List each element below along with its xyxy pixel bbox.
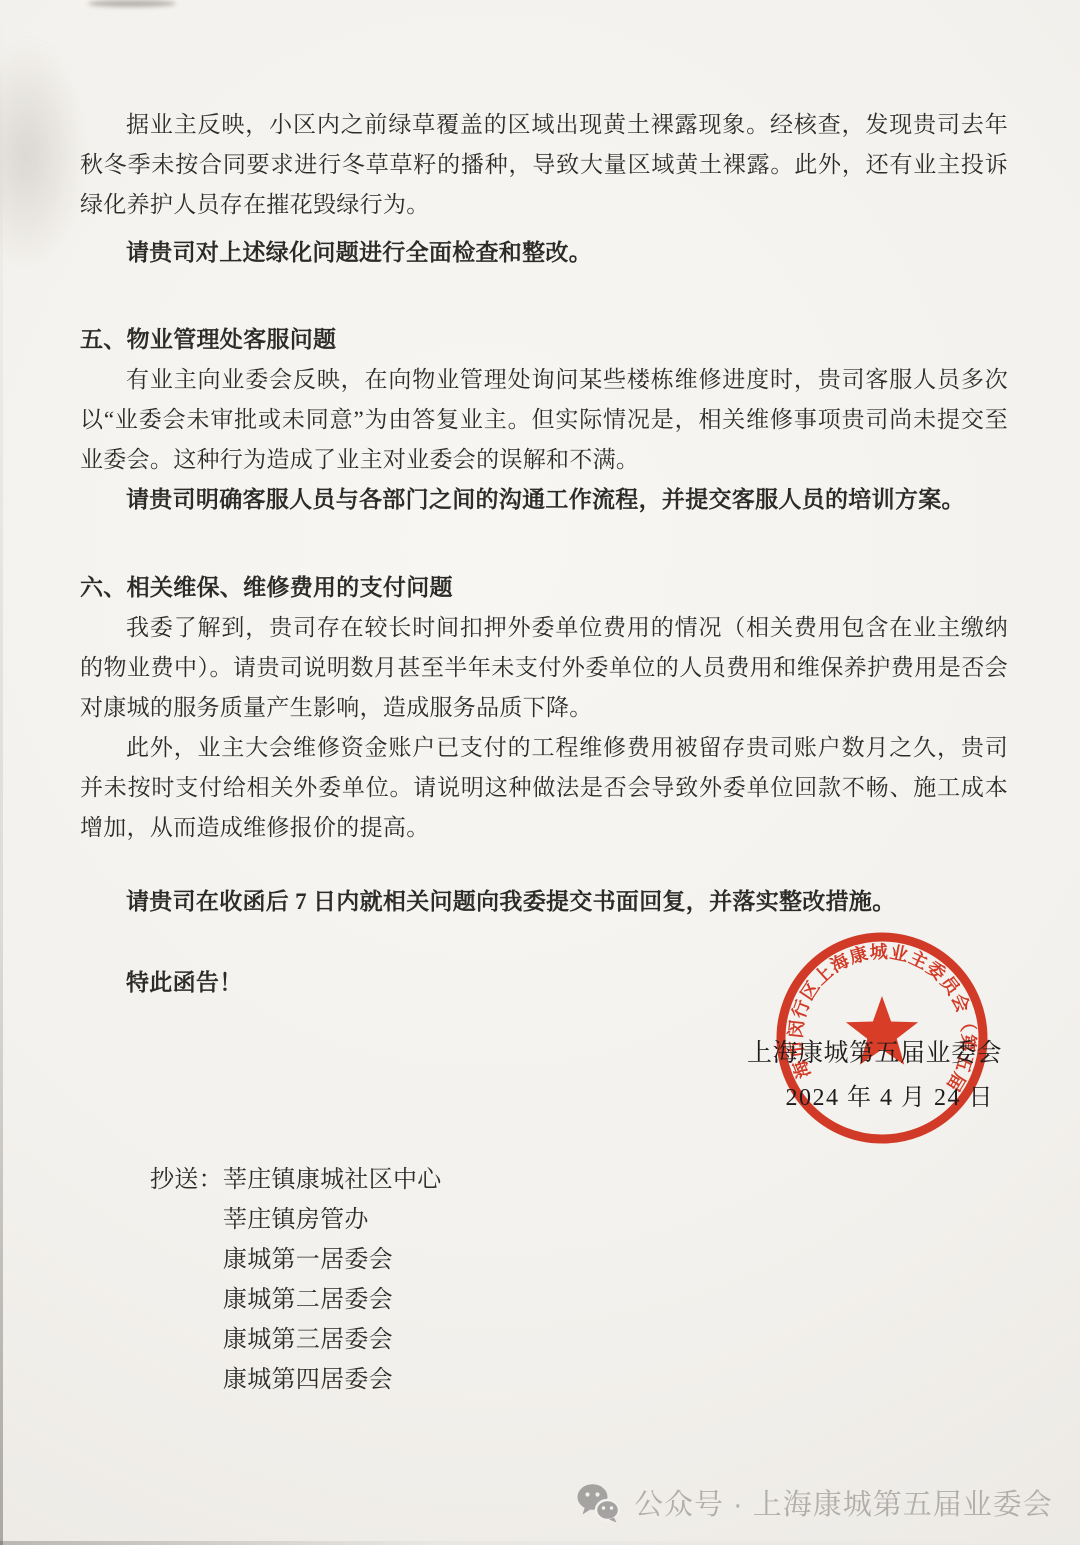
cc-item: 康城第三居委会 [223,1320,442,1360]
section6-heading: 六、相关维保、维修费用的支付问题 [80,568,1008,608]
section6-paragraph-2: 此外，业主大会维修资金账户已支付的工程维修费用被留存贵司账户数月之久，贵司并未按… [80,728,1008,848]
para-greening-request: 请贵司对上述绿化问题进行全面检查和整改。 [80,233,1008,273]
cc-list: 莘庄镇康城社区中心 莘庄镇房管办 康城第一居委会 康城第二居委会 康城第三居委会… [223,1160,442,1400]
wechat-icon [576,1483,622,1523]
cc-item: 康城第一居委会 [223,1240,442,1280]
cc-label: 抄送： [150,1160,223,1400]
footer-account-text: 公众号 · 上海康城第五届业委会 [634,1482,1053,1523]
letter-body: 据业主反映，小区内之前绿草覆盖的区域出现黄土裸露现象。经核查，发现贵司去年秋冬季… [0,0,1080,1400]
cc-block: 抄送： 莘庄镇康城社区中心 莘庄镇房管办 康城第一居委会 康城第二居委会 康城第… [150,1160,1008,1400]
section6-paragraph-1: 我委了解到，贵司存在较长时间扣押外委单位费用的情况（相关费用包含在业主缴纳的物业… [80,608,1008,728]
scanned-letter-page: { "letter": { "para_greening_1": "据业主反映，… [0,0,1080,1545]
signature-organization: 上海康城第五届业委会 [747,1033,1002,1069]
para-greening-issue: 据业主反映，小区内之前绿草覆盖的区域出现黄土裸露现象。经核查，发现贵司去年秋冬季… [80,105,1008,225]
cc-item: 康城第四居委会 [223,1360,442,1400]
cc-item: 莘庄镇康城社区中心 [223,1160,442,1200]
cc-item: 莘庄镇房管办 [223,1200,442,1240]
section5-request: 请贵司明确客服人员与各部门之间的沟通工作流程，并提交客服人员的培训方案。 [80,480,1008,520]
section5-paragraph: 有业主向业委会反映，在向物业管理处询问某些楼栋维修进度时，贵司客服人员多次以“业… [80,360,1008,480]
footer: 公众号 · 上海康城第五届业委会 [576,1482,1053,1523]
signature-date: 2024 年 4 月 24 日 [786,1077,995,1112]
closing-request: 请贵司在收函后 7 日内就相关问题向我委提交书面回复，并落实整改措施。 [80,882,1008,922]
cc-item: 康城第二居委会 [223,1280,442,1320]
section5-heading: 五、物业管理处客服问题 [80,320,1008,360]
seal-arc-text: 上海市闵行区上海康城业主委员会（第五届） [772,928,979,1095]
scan-edge-shadow-bottom [0,1541,1080,1545]
svg-text:上海市闵行区上海康城业主委员会（第五届）: 上海市闵行区上海康城业主委员会（第五届） [772,928,979,1095]
